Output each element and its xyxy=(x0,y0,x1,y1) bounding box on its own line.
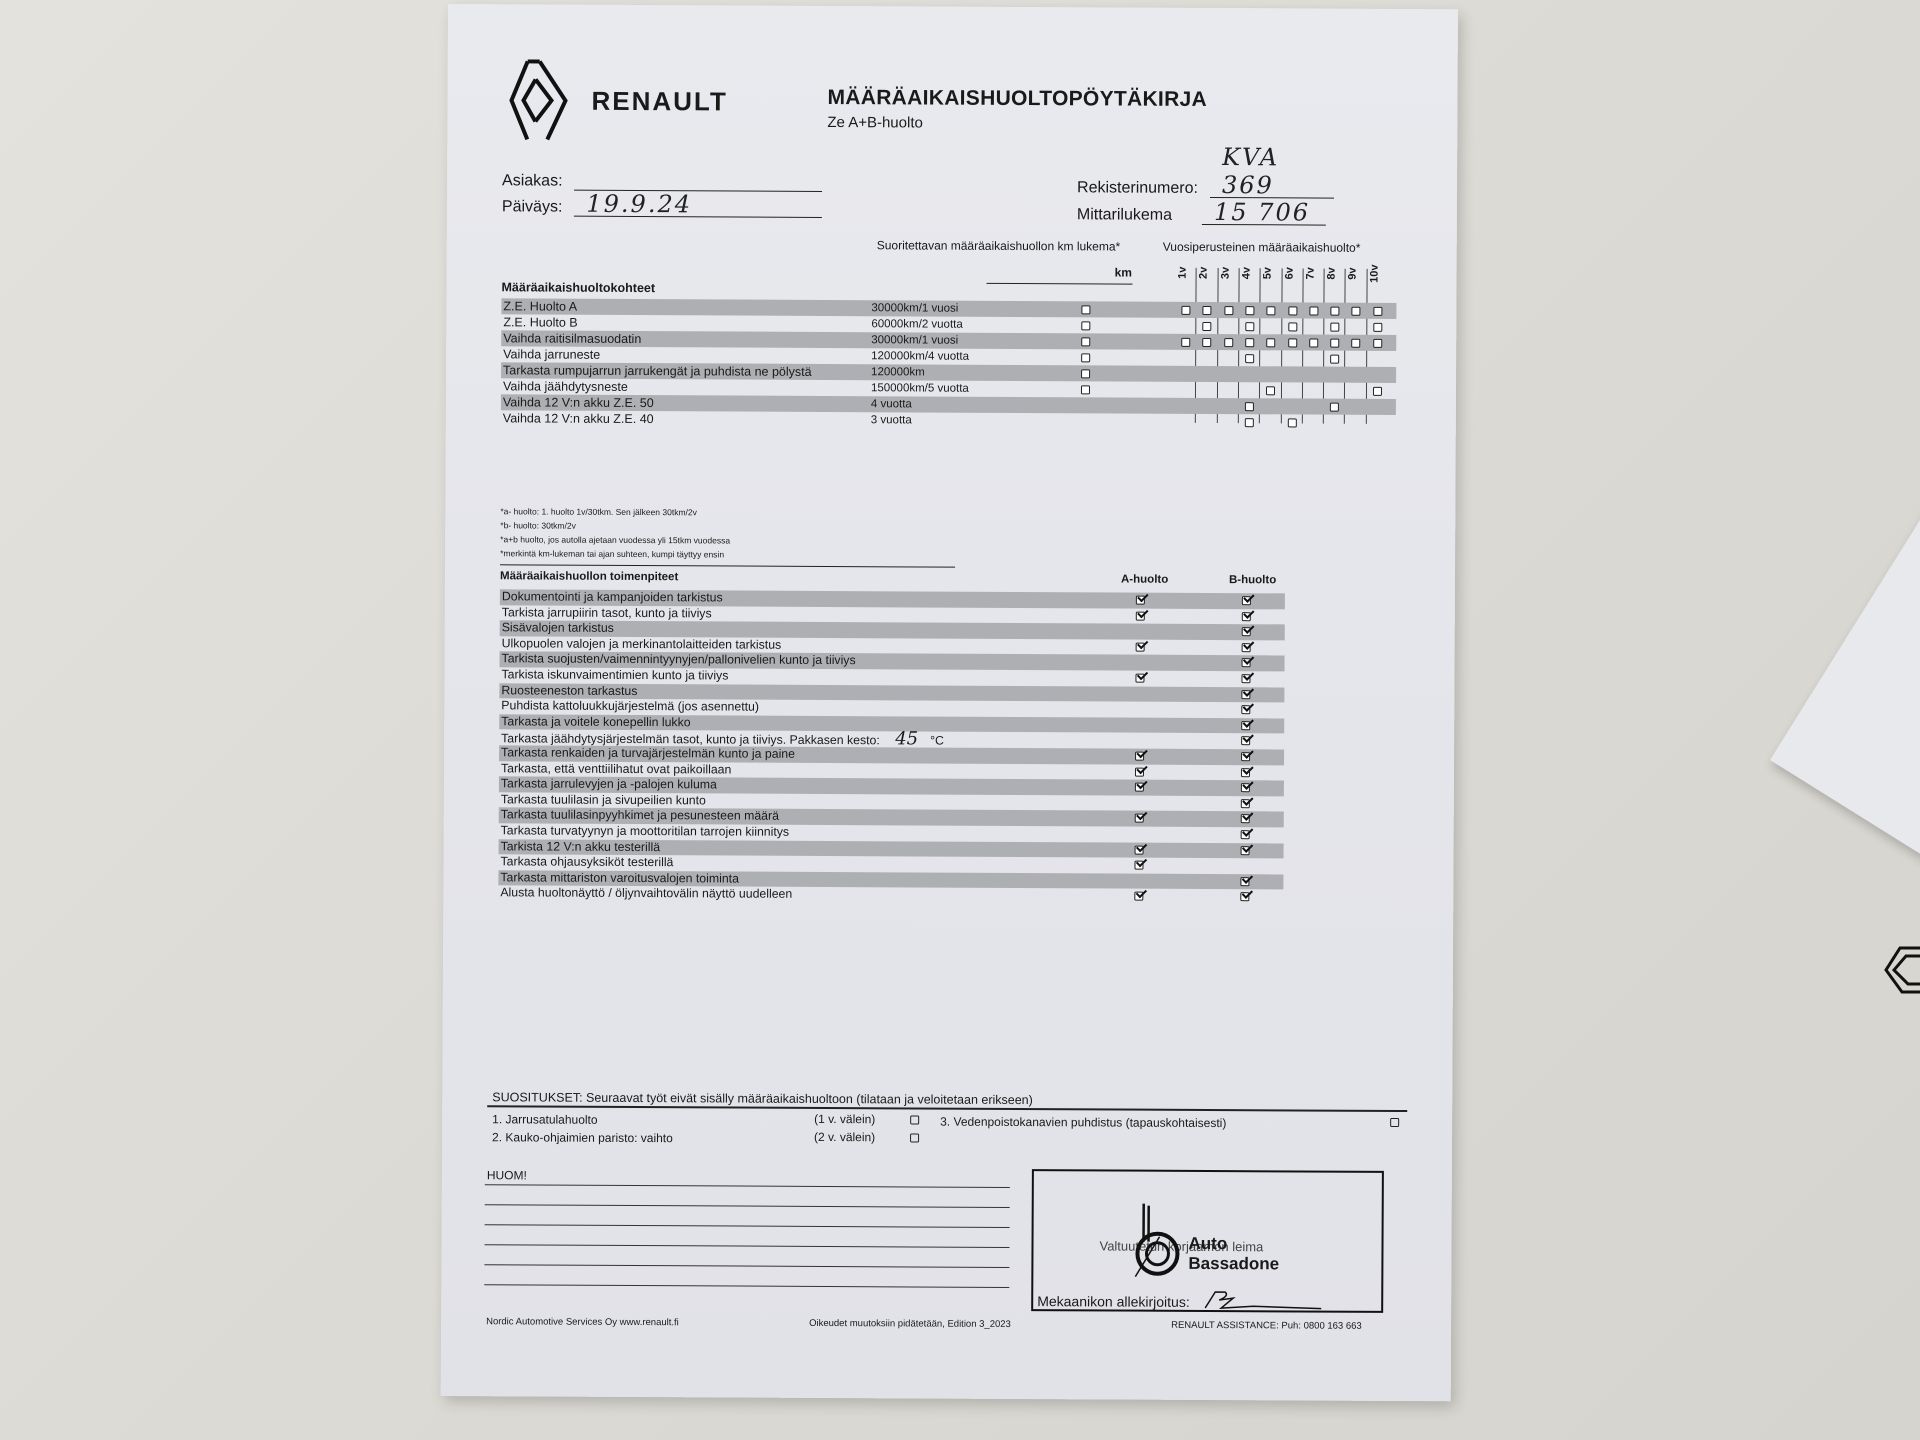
b-service-checkbox[interactable] xyxy=(1241,768,1250,777)
service-item-name: Tarkasta rumpujarrun jarrukengät ja puhd… xyxy=(503,362,812,380)
date-field: Päiväys: 19.9.24 xyxy=(502,192,823,218)
customer-label: Asiakas: xyxy=(502,172,563,190)
year-column-1v: 1v xyxy=(1177,258,1197,288)
b-service-checkbox[interactable] xyxy=(1241,737,1250,746)
recommendation-3-checkbox[interactable] xyxy=(1390,1118,1399,1127)
divider xyxy=(500,564,955,567)
brand-name: RENAULT xyxy=(591,85,727,117)
year-column-7v: 7v xyxy=(1304,258,1324,288)
operation-name: Tarkasta, että venttiilihatut ovat paiko… xyxy=(501,761,731,778)
maintenance-form: RENAULT MÄÄRÄAIKAISHUOLTOPÖYTÄKIRJA Ze A… xyxy=(441,4,1458,1401)
operation-name: Alusta huoltonäyttö / öljynvaihtovälin n… xyxy=(500,886,792,903)
year-column-4v: 4v xyxy=(1240,258,1260,288)
b-service-checkbox[interactable] xyxy=(1242,643,1251,652)
recommendation-1: 1. Jarrusatulahuolto xyxy=(492,1112,597,1127)
footnote: *b- huolto: 30tkm/2v xyxy=(500,518,730,533)
year-6v-checkbox[interactable] xyxy=(1288,322,1297,331)
recommendation-1-interval: (1 v. välein) xyxy=(814,1112,875,1126)
date-label: Päiväys: xyxy=(502,198,563,216)
odometer-input[interactable]: 15 706 xyxy=(1202,201,1326,226)
operation-name: Tarkasta tuulilasin ja sivupeilien kunto xyxy=(501,792,706,809)
operation-name: Tarkista iskunvaimentimien kunto ja tiiv… xyxy=(501,667,728,684)
km-unit: km xyxy=(1115,265,1132,279)
b-service-checkbox[interactable] xyxy=(1241,846,1250,855)
odometer-label: Mittarilukema xyxy=(1077,206,1172,224)
year-6v-checkbox[interactable] xyxy=(1288,306,1297,315)
year-3v-checkbox[interactable] xyxy=(1224,338,1233,347)
operation-name: Tarkasta turvatyynyn ja moottoritilan ta… xyxy=(501,823,789,840)
b-service-checkbox[interactable] xyxy=(1242,659,1251,668)
operation-name: Tarkista suojusten/vaimennintyynyjen/pal… xyxy=(502,652,856,669)
km-checkbox[interactable] xyxy=(1081,353,1090,362)
km-checkbox[interactable] xyxy=(1081,305,1090,314)
km-reading-input[interactable] xyxy=(987,283,1133,285)
year-4v-checkbox[interactable] xyxy=(1245,306,1254,315)
workshop-stamp-box: Valtuutetun korjaamon leima Auto Bassado… xyxy=(1031,1169,1384,1313)
mechanic-signature xyxy=(1203,1288,1323,1313)
km-checkbox[interactable] xyxy=(1081,337,1090,346)
signature-label: Mekaanikon allekirjoitus: xyxy=(1037,1293,1190,1310)
recommendation-3: 3. Vedenpoistokanavien puhdistus (tapaus… xyxy=(940,1115,1226,1130)
year-5v-checkbox[interactable] xyxy=(1266,386,1275,395)
customer-field: Asiakas: xyxy=(502,166,823,192)
a-service-checkbox[interactable] xyxy=(1134,861,1143,870)
b-service-checkbox[interactable] xyxy=(1241,814,1250,823)
renault-logo-icon xyxy=(1880,940,1920,1000)
operation-name: Ulkopuolen valojen ja merkinantolaitteid… xyxy=(502,636,782,653)
year-column-2v: 2v xyxy=(1198,258,1218,288)
year-1v-checkbox[interactable] xyxy=(1181,338,1190,347)
year-8v-checkbox[interactable] xyxy=(1330,323,1339,332)
b-service-checkbox[interactable] xyxy=(1241,830,1250,839)
second-document-corner xyxy=(1770,421,1920,919)
operation-name: Tarkasta ja voitele konepellin lukko xyxy=(501,714,690,731)
service-item-interval: 30000km/1 vuosi xyxy=(871,300,958,316)
notes-line[interactable] xyxy=(485,1244,1010,1248)
operation-name: Tarkasta tuulilasinpyyhkimet ja pesunest… xyxy=(501,808,779,825)
year-7v-checkbox[interactable] xyxy=(1309,307,1318,316)
stamp-brand: Auto Bassadone xyxy=(1188,1234,1279,1274)
operation-name: Tarkasta mittariston varoitusvalojen toi… xyxy=(500,870,739,887)
notes-line[interactable] xyxy=(484,1264,1009,1268)
registration-label: Rekisterinumero: xyxy=(1077,179,1198,198)
a-service-checkbox[interactable] xyxy=(1134,892,1143,901)
operation-name: Tarkasta jarrulevyjen ja -palojen kuluma xyxy=(501,776,717,793)
year-4v-checkbox[interactable] xyxy=(1245,354,1254,363)
service-items-heading: Määräaikaishuoltokohteet xyxy=(501,280,655,295)
year-1v-checkbox[interactable] xyxy=(1181,306,1190,315)
yearly-header: Vuosiperusteinen määräaikaishuolto* xyxy=(1163,240,1361,255)
notes-line[interactable] xyxy=(485,1204,1010,1208)
service-item-interval: 60000km/2 vuotta xyxy=(871,316,963,332)
a-service-checkbox[interactable] xyxy=(1135,752,1144,761)
year-2v-checkbox[interactable] xyxy=(1203,322,1212,331)
footnote: *merkintä km-lukeman tai ajan suhteen, k… xyxy=(500,546,730,561)
b-service-checkbox[interactable] xyxy=(1241,783,1250,792)
operation-name: Tarkasta ohjausyksiköt testerillä xyxy=(500,854,673,870)
year-4v-checkbox[interactable] xyxy=(1245,322,1254,331)
recommendations-heading: SUOSITUKSET: Seuraavat työt eivät sisäll… xyxy=(492,1090,1033,1107)
brand-logo: RENAULT xyxy=(507,59,728,142)
date-value: 19.9.24 xyxy=(586,190,692,219)
a-service-checkbox[interactable] xyxy=(1135,814,1144,823)
service-item-interval: 3 vuotta xyxy=(871,412,912,428)
year-7v-checkbox[interactable] xyxy=(1309,339,1318,348)
year-4v-checkbox[interactable] xyxy=(1245,418,1254,427)
year-column-6v: 6v xyxy=(1283,258,1303,288)
service-item-interval: 30000km/1 vuosi xyxy=(871,332,958,348)
recommendation-2: 2. Kauko-ohjaimien paristo: vaihto xyxy=(492,1130,673,1145)
b-service-checkbox[interactable] xyxy=(1242,627,1251,636)
year-5v-checkbox[interactable] xyxy=(1266,338,1275,347)
footer-edition: Oikeudet muutoksiin pidätetään, Edition … xyxy=(809,1318,1011,1330)
notes-line[interactable] xyxy=(484,1284,1009,1288)
year-column-8v: 8v xyxy=(1326,259,1346,289)
footnote: *a- huolto: 1. huolto 1v/30tkm. Sen jälk… xyxy=(500,504,730,519)
notes-line[interactable] xyxy=(485,1184,1010,1188)
km-checkbox[interactable] xyxy=(1081,385,1090,394)
recommendation-2-interval: (2 v. välein) xyxy=(814,1130,875,1144)
b-service-checkbox[interactable] xyxy=(1240,877,1249,886)
year-9v-checkbox[interactable] xyxy=(1352,307,1361,316)
service-item-row: Vaihda 12 V:n akku Z.E. 403 vuotta xyxy=(501,410,1396,431)
year-column-10v: 10v xyxy=(1368,259,1388,289)
service-item-interval: 4 vuotta xyxy=(871,396,912,412)
year-column-5v: 5v xyxy=(1262,258,1282,288)
footer-assistance: RENAULT ASSISTANCE: Puh: 0800 163 663 xyxy=(1171,1320,1362,1332)
km-reading-header: Suoritettavan määräaikaishuollon km luke… xyxy=(877,238,1121,253)
year-4v-checkbox[interactable] xyxy=(1245,338,1254,347)
year-10v-checkbox[interactable] xyxy=(1373,307,1382,316)
service-item-interval: 150000km/5 vuotta xyxy=(871,380,969,397)
registration-input[interactable]: KVA 369 xyxy=(1210,174,1334,199)
year-6v-checkbox[interactable] xyxy=(1288,338,1297,347)
service-item-interval: 120000km xyxy=(871,364,925,380)
operations-table: Dokumentointi ja kampanjoiden tarkistus … xyxy=(498,589,1285,905)
notes-label: HUOM! xyxy=(487,1168,527,1182)
form-subtitle: Ze A+B-huolto xyxy=(827,114,1207,133)
registration-field: Rekisterinumero: KVA 369 xyxy=(1077,173,1334,198)
km-checkbox[interactable] xyxy=(1081,321,1090,330)
a-service-checkbox[interactable] xyxy=(1135,783,1144,792)
customer-input[interactable] xyxy=(574,167,822,192)
year-2v-checkbox[interactable] xyxy=(1203,306,1212,315)
year-column-3v: 3v xyxy=(1219,258,1239,288)
date-input[interactable]: 19.9.24 xyxy=(574,193,822,218)
service-item-name: Vaihda jäähdytysneste xyxy=(503,378,628,395)
b-service-checkbox[interactable] xyxy=(1241,752,1250,761)
a-service-column-header: A-huolto xyxy=(1121,574,1168,586)
service-item-interval: 120000km/4 vuotta xyxy=(871,348,969,365)
a-service-checkbox[interactable] xyxy=(1135,845,1144,854)
registration-value: KVA 369 xyxy=(1222,143,1334,200)
year-5v-checkbox[interactable] xyxy=(1267,306,1276,315)
operation-name: Ruosteeneston tarkastus xyxy=(501,683,637,699)
a-service-checkbox[interactable] xyxy=(1135,674,1144,683)
year-column-9v: 9v xyxy=(1347,259,1367,289)
service-item-name: Z.E. Huolto B xyxy=(503,314,577,330)
year-10v-checkbox[interactable] xyxy=(1373,339,1382,348)
service-item-name: Vaihda 12 V:n akku Z.E. 50 xyxy=(503,394,654,411)
year-8v-checkbox[interactable] xyxy=(1330,355,1339,364)
year-8v-checkbox[interactable] xyxy=(1330,307,1339,316)
b-service-column-header: B-huolto xyxy=(1229,574,1276,586)
form-title: MÄÄRÄAIKAISHUOLTOPÖYTÄKIRJA xyxy=(827,86,1207,112)
b-service-checkbox[interactable] xyxy=(1242,612,1251,621)
operation-name: Tarkasta renkaiden ja turvajärjestelmän … xyxy=(501,745,795,762)
year-6v-checkbox[interactable] xyxy=(1287,418,1296,427)
footnote: *a+b huolto, jos autolla ajetaan vuodess… xyxy=(500,532,730,547)
a-service-checkbox[interactable] xyxy=(1136,611,1145,620)
auto-bassadone-logo-icon xyxy=(1133,1202,1193,1282)
renault-diamond-icon xyxy=(507,59,573,141)
year-10v-checkbox[interactable] xyxy=(1373,387,1382,396)
notes-line[interactable] xyxy=(485,1224,1010,1228)
operation-name: Puhdista kattoluukkujärjestelmä (jos ase… xyxy=(501,698,759,715)
a-service-checkbox[interactable] xyxy=(1135,767,1144,776)
a-service-checkbox[interactable] xyxy=(1136,642,1145,651)
operation-name: Dokumentointi ja kampanjoiden tarkistus xyxy=(502,589,723,606)
year-8v-checkbox[interactable] xyxy=(1330,339,1339,348)
b-service-checkbox[interactable] xyxy=(1241,674,1250,683)
year-8v-checkbox[interactable] xyxy=(1330,403,1339,412)
operation-name: Tarkista jarrupiirin tasot, kunto ja tii… xyxy=(502,605,712,622)
service-item-name: Vaihda 12 V:n akku Z.E. 40 xyxy=(503,410,654,427)
operation-row: Alusta huoltonäyttö / öljynvaihtovälin n… xyxy=(498,886,1283,906)
service-items-table: Z.E. Huolto A30000km/1 vuosiZ.E. Huolto … xyxy=(501,298,1397,431)
b-service-checkbox[interactable] xyxy=(1241,690,1250,699)
service-item-name: Vaihda raitisilmasuodatin xyxy=(503,330,641,347)
footnotes: *a- huolto: 1. huolto 1v/30tkm. Sen jälk… xyxy=(500,504,730,561)
b-service-checkbox[interactable] xyxy=(1241,705,1250,714)
service-item-name: Vaihda jarruneste xyxy=(503,346,600,363)
b-service-checkbox[interactable] xyxy=(1240,892,1249,901)
recommendation-2-checkbox[interactable] xyxy=(910,1133,919,1142)
year-9v-checkbox[interactable] xyxy=(1352,339,1361,348)
b-service-checkbox[interactable] xyxy=(1241,799,1250,808)
a-service-checkbox[interactable] xyxy=(1136,596,1145,605)
b-service-checkbox[interactable] xyxy=(1242,596,1251,605)
service-item-name: Z.E. Huolto A xyxy=(503,298,577,314)
odometer-value: 15 706 xyxy=(1214,198,1310,227)
odometer-field: Mittarilukema 15 706 xyxy=(1077,200,1326,225)
year-10v-checkbox[interactable] xyxy=(1373,323,1382,332)
footer-company: Nordic Automotive Services Oy www.renaul… xyxy=(486,1316,679,1328)
operation-name: Sisävalojen tarkistus xyxy=(502,620,614,636)
operation-name: Tarkista 12 V:n akku testerillä xyxy=(501,839,661,855)
year-2v-checkbox[interactable] xyxy=(1203,338,1212,347)
km-checkbox[interactable] xyxy=(1081,369,1090,378)
year-3v-checkbox[interactable] xyxy=(1224,306,1233,315)
operations-heading: Määräaikaishuollon toimenpiteet xyxy=(500,570,678,583)
b-service-checkbox[interactable] xyxy=(1241,721,1250,730)
recommendation-1-checkbox[interactable] xyxy=(910,1115,919,1124)
year-4v-checkbox[interactable] xyxy=(1245,402,1254,411)
